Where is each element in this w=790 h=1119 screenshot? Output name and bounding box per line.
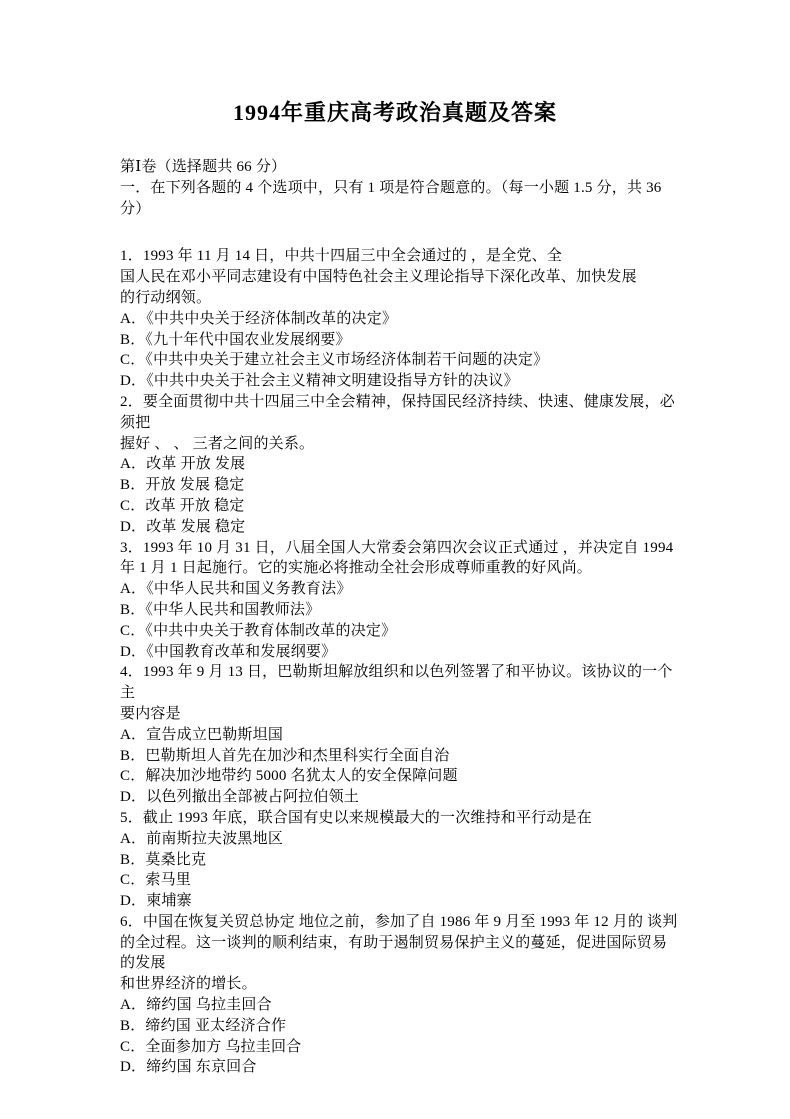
- question-1-stem-line: 的行动纲领。: [120, 288, 678, 309]
- question-6-option-a: A．缔约国 乌拉圭回合: [120, 995, 678, 1016]
- question-5-option-b: B．莫桑比克: [120, 850, 678, 871]
- question-3-option-a: A．《中华人民共和国义务教育法》: [120, 579, 678, 600]
- question-1-option-a: A．《中共中央关于经济体制改革的决定》: [120, 309, 678, 330]
- question-4-option-c: C．解决加沙地带约 5000 名犹太人的安全保障问题: [120, 766, 678, 787]
- question-6-stem-line: 6．中国在恢复关贸总协定 地位之前，参加了自 1986 年 9 月至 1993 …: [120, 912, 678, 933]
- question-6-option-b: B．缔约国 亚太经济合作: [120, 1016, 678, 1037]
- question-4-option-b: B．巴勒斯坦人首先在加沙和杰里科实行全面自治: [120, 746, 678, 767]
- question-4-option-d: D．以色列撤出全部被占阿拉伯领土: [120, 787, 678, 808]
- question-6-option-c: C．全面参加方 乌拉圭回合: [120, 1037, 678, 1058]
- question-5-stem-line: 5．截止 1993 年底，联合国有史以来规模最大的一次维持和平行动是在: [120, 808, 678, 829]
- question-4-option-a: A．宣告成立巴勒斯坦国: [120, 725, 678, 746]
- question-4-stem-line: 要内容是: [120, 704, 678, 725]
- question-1-option-d: D．《中共中央关于社会主义精神文明建设指导方针的决议》: [120, 371, 678, 392]
- page-title: 1994年重庆高考政治真题及答案: [0, 0, 790, 126]
- question-2-stem-line: 2．要全面贯彻中共十四届三中全会精神，保持国民经济持续、快速、健康发展，必须把: [120, 392, 678, 434]
- question-1-stem-line: 国人民在邓小平同志建设有中国特色社会主义理论指导下深化改革、加快发展: [120, 267, 678, 288]
- question-1-option-b: B．《九十年代中国农业发展纲要》: [120, 330, 678, 351]
- question-1-stem-line: 1．1993 年 11 月 14 日，中共十四届三中全会通过的 ，是全党、全: [120, 246, 678, 267]
- question-2: 2．要全面贯彻中共十四届三中全会精神，保持国民经济持续、快速、健康发展，必须把 …: [120, 392, 678, 538]
- question-6-option-d: D．缔约国 东京回合: [120, 1057, 678, 1078]
- question-2-option-b: B．开放 发展 稳定: [120, 475, 678, 496]
- question-2-option-d: D．改革 发展 稳定: [120, 517, 678, 538]
- question-3-option-c: C．《中共中央关于教育体制改革的决定》: [120, 621, 678, 642]
- question-5-option-d: D．柬埔寨: [120, 891, 678, 912]
- question-list: 1．1993 年 11 月 14 日，中共十四届三中全会通过的 ，是全党、全 国…: [120, 246, 678, 1078]
- question-4: 4．1993 年 9 月 13 日，巴勒斯坦解放组织和以色列签署了和平协议。该协…: [120, 662, 678, 808]
- section-instruction: 一．在下列各题的 4 个选项中，只有 1 项是符合题意的。（每一小题 1.5 分…: [120, 178, 678, 220]
- question-6-stem-line: 的全过程。这一谈判的顺利结束，有助于遏制贸易保护主义的蔓延，促进国际贸易的发展: [120, 933, 678, 975]
- question-1: 1．1993 年 11 月 14 日，中共十四届三中全会通过的 ，是全党、全 国…: [120, 246, 678, 392]
- section-header: 第Ⅰ卷（选择题共 66 分） 一．在下列各题的 4 个选项中，只有 1 项是符合…: [120, 157, 678, 219]
- question-5-option-c: C．索马里: [120, 870, 678, 891]
- question-5: 5．截止 1993 年底，联合国有史以来规模最大的一次维持和平行动是在 A．前南…: [120, 808, 678, 912]
- question-3-option-b: B．《中华人民共和国教师法》: [120, 600, 678, 621]
- question-4-stem-line: 4．1993 年 9 月 13 日，巴勒斯坦解放组织和以色列签署了和平协议。该协…: [120, 662, 678, 704]
- question-3: 3．1993 年 10 月 31 日，八届全国人大常委会第四次会议正式通过 ，并…: [120, 538, 678, 663]
- question-2-stem-line: 握好 、 、 三者之间的关系。: [120, 434, 678, 455]
- question-3-stem-line: 年 1 月 1 日起施行。它的实施必将推动全社会形成尊师重教的好风尚。: [120, 558, 678, 579]
- exam-document-page: 1994年重庆高考政治真题及答案 第Ⅰ卷（选择题共 66 分） 一．在下列各题的…: [0, 0, 790, 1119]
- question-3-option-d: D．《中国教育改革和发展纲要》: [120, 642, 678, 663]
- question-1-option-c: C．《中共中央关于建立社会主义市场经济体制若干问题的决定》: [120, 350, 678, 371]
- question-3-stem-line: 3．1993 年 10 月 31 日，八届全国人大常委会第四次会议正式通过 ，并…: [120, 538, 678, 559]
- question-5-option-a: A．前南斯拉夫波黑地区: [120, 829, 678, 850]
- question-6-stem-line: 和世界经济的增长。: [120, 974, 678, 995]
- section-heading: 第Ⅰ卷（选择题共 66 分）: [120, 157, 678, 178]
- question-2-option-a: A．改革 开放 发展: [120, 454, 678, 475]
- question-6: 6．中国在恢复关贸总协定 地位之前，参加了自 1986 年 9 月至 1993 …: [120, 912, 678, 1078]
- question-2-option-c: C．改革 开放 稳定: [120, 496, 678, 517]
